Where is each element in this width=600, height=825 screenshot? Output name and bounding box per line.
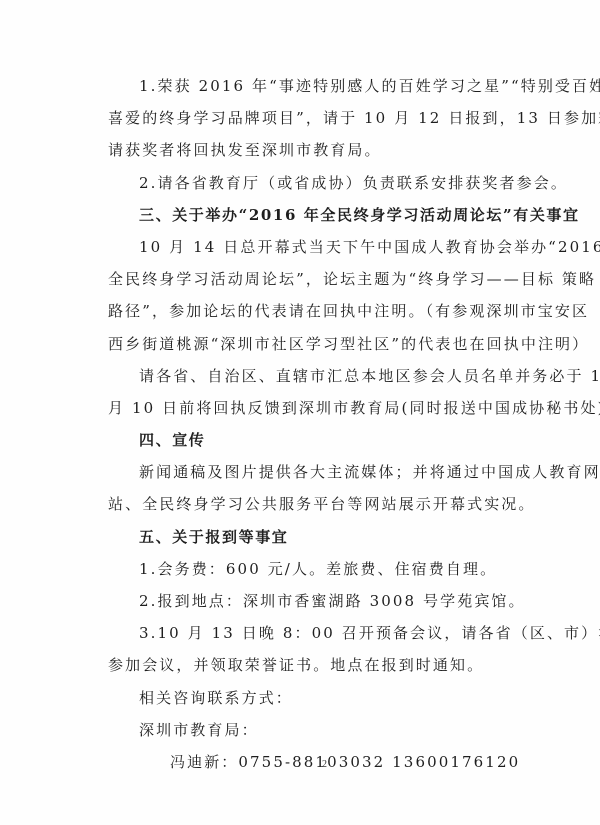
award-item-2: 2.请各省教育厅（或省成协）负责联系安排获奖者参会。	[108, 167, 544, 199]
section-4-heading: 四、宣传	[108, 424, 544, 456]
registration-paragraph-line-1: 请各省、自治区、直辖市汇总本地区参会人员名单并务必于 10	[108, 360, 544, 392]
contact-organization: 深圳市教育局：	[108, 714, 544, 746]
section-3-heading: 三、关于举办“2016 年全民终身学习活动周论坛”有关事宜	[108, 199, 544, 231]
forum-paragraph-line-1: 10 月 14 日总开幕式当天下午中国成人教育协会举办“2016 年	[108, 231, 544, 263]
document-body: 1.荣获 2016 年“事迹特别感人的百姓学习之星”“特别受百姓 喜爱的终身学习…	[108, 70, 544, 778]
contact-heading: 相关咨询联系方式：	[108, 682, 544, 714]
award-item-1-line-3: 请获奖者将回执发至深圳市教育局。	[108, 134, 544, 166]
document-page: 1.荣获 2016 年“事迹特别感人的百姓学习之星”“特别受百姓 喜爱的终身学习…	[0, 0, 600, 825]
checkin-item-1: 1.会务费：600 元/人。差旅费、住宿费自理。	[108, 553, 544, 585]
checkin-item-3-line-1: 3.10 月 13 日晚 8：00 召开预备会议，请各省（区、市）派一人	[108, 617, 544, 649]
award-item-1-line-1: 1.荣获 2016 年“事迹特别感人的百姓学习之星”“特别受百姓	[108, 70, 544, 102]
forum-paragraph-line-4: 西乡街道桃源“深圳市社区学习型社区”的代表也在回执中注明）	[108, 328, 544, 360]
section-5-heading: 五、关于报到等事宜	[108, 521, 544, 553]
forum-paragraph-line-2: 全民终身学习活动周论坛”，论坛主题为“终身学习——目标 策略	[108, 263, 544, 295]
forum-paragraph-line-3: 路径”，参加论坛的代表请在回执中注明。（有参观深圳市宝安区	[108, 295, 544, 327]
award-item-1-line-2: 喜爱的终身学习品牌项目”，请于 10 月 12 日报到，13 日参加彩排。	[108, 102, 544, 134]
publicity-paragraph-line-2: 站、全民终身学习公共服务平台等网站展示开幕式实况。	[108, 488, 544, 520]
checkin-item-2: 2.报到地点：深圳市香蜜湖路 3008 号学苑宾馆。	[108, 585, 544, 617]
checkin-item-3-line-2: 参加会议，并领取荣誉证书。地点在报到时通知。	[108, 649, 544, 681]
registration-paragraph-line-2: 月 10 日前将回执反馈到深圳市教育局(同时报送中国成协秘书处)。	[108, 392, 544, 424]
page-number: 2	[322, 759, 327, 770]
publicity-paragraph-line-1: 新闻通稿及图片提供各大主流媒体；并将通过中国成人教育网	[108, 456, 544, 488]
